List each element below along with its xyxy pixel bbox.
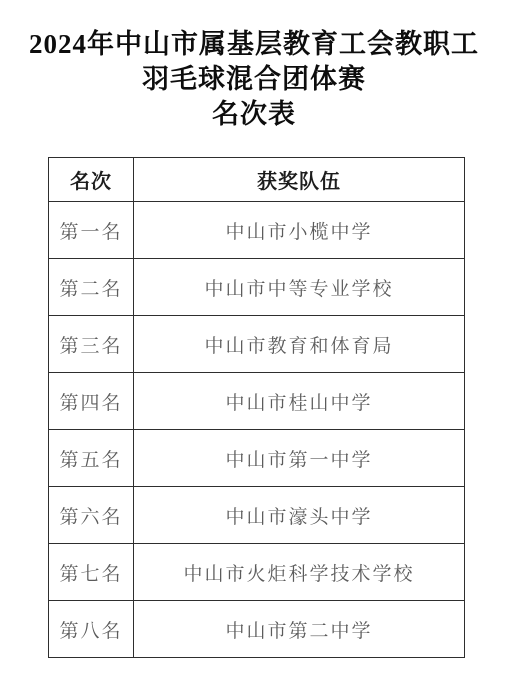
team-cell: 中山市火炬科学技术学校 xyxy=(134,544,465,601)
table-row: 第八名 中山市第二中学 xyxy=(49,601,465,658)
team-cell: 中山市濠头中学 xyxy=(134,487,465,544)
team-cell: 中山市第一中学 xyxy=(134,430,465,487)
team-cell: 中山市第二中学 xyxy=(134,601,465,658)
team-cell: 中山市中等专业学校 xyxy=(134,259,465,316)
title-line-3: 名次表 xyxy=(0,97,508,132)
table-header-row: 名次 获奖队伍 xyxy=(49,158,465,202)
table-row: 第四名 中山市桂山中学 xyxy=(49,373,465,430)
team-cell: 中山市桂山中学 xyxy=(134,373,465,430)
rank-cell: 第四名 xyxy=(49,373,134,430)
team-column-header: 获奖队伍 xyxy=(134,158,465,202)
document-page: 2024年中山市属基层教育工会教职工 羽毛球混合团体赛 名次表 名次 获奖队伍 … xyxy=(0,0,508,680)
rank-cell: 第七名 xyxy=(49,544,134,601)
ranking-table: 名次 获奖队伍 第一名 中山市小榄中学 第二名 中山市中等专业学校 第三名 中山… xyxy=(48,157,465,658)
table-row: 第二名 中山市中等专业学校 xyxy=(49,259,465,316)
team-cell: 中山市教育和体育局 xyxy=(134,316,465,373)
rank-cell: 第六名 xyxy=(49,487,134,544)
title-line-1: 2024年中山市属基层教育工会教职工 xyxy=(0,27,508,62)
rank-column-header: 名次 xyxy=(49,158,134,202)
rank-cell: 第二名 xyxy=(49,259,134,316)
rank-cell: 第一名 xyxy=(49,202,134,259)
table-row: 第六名 中山市濠头中学 xyxy=(49,487,465,544)
table-row: 第七名 中山市火炬科学技术学校 xyxy=(49,544,465,601)
team-cell: 中山市小榄中学 xyxy=(134,202,465,259)
table-row: 第一名 中山市小榄中学 xyxy=(49,202,465,259)
table-row: 第三名 中山市教育和体育局 xyxy=(49,316,465,373)
rank-cell: 第三名 xyxy=(49,316,134,373)
rank-cell: 第八名 xyxy=(49,601,134,658)
table-row: 第五名 中山市第一中学 xyxy=(49,430,465,487)
document-title: 2024年中山市属基层教育工会教职工 羽毛球混合团体赛 名次表 xyxy=(0,0,508,132)
rank-cell: 第五名 xyxy=(49,430,134,487)
title-line-2: 羽毛球混合团体赛 xyxy=(0,62,508,97)
